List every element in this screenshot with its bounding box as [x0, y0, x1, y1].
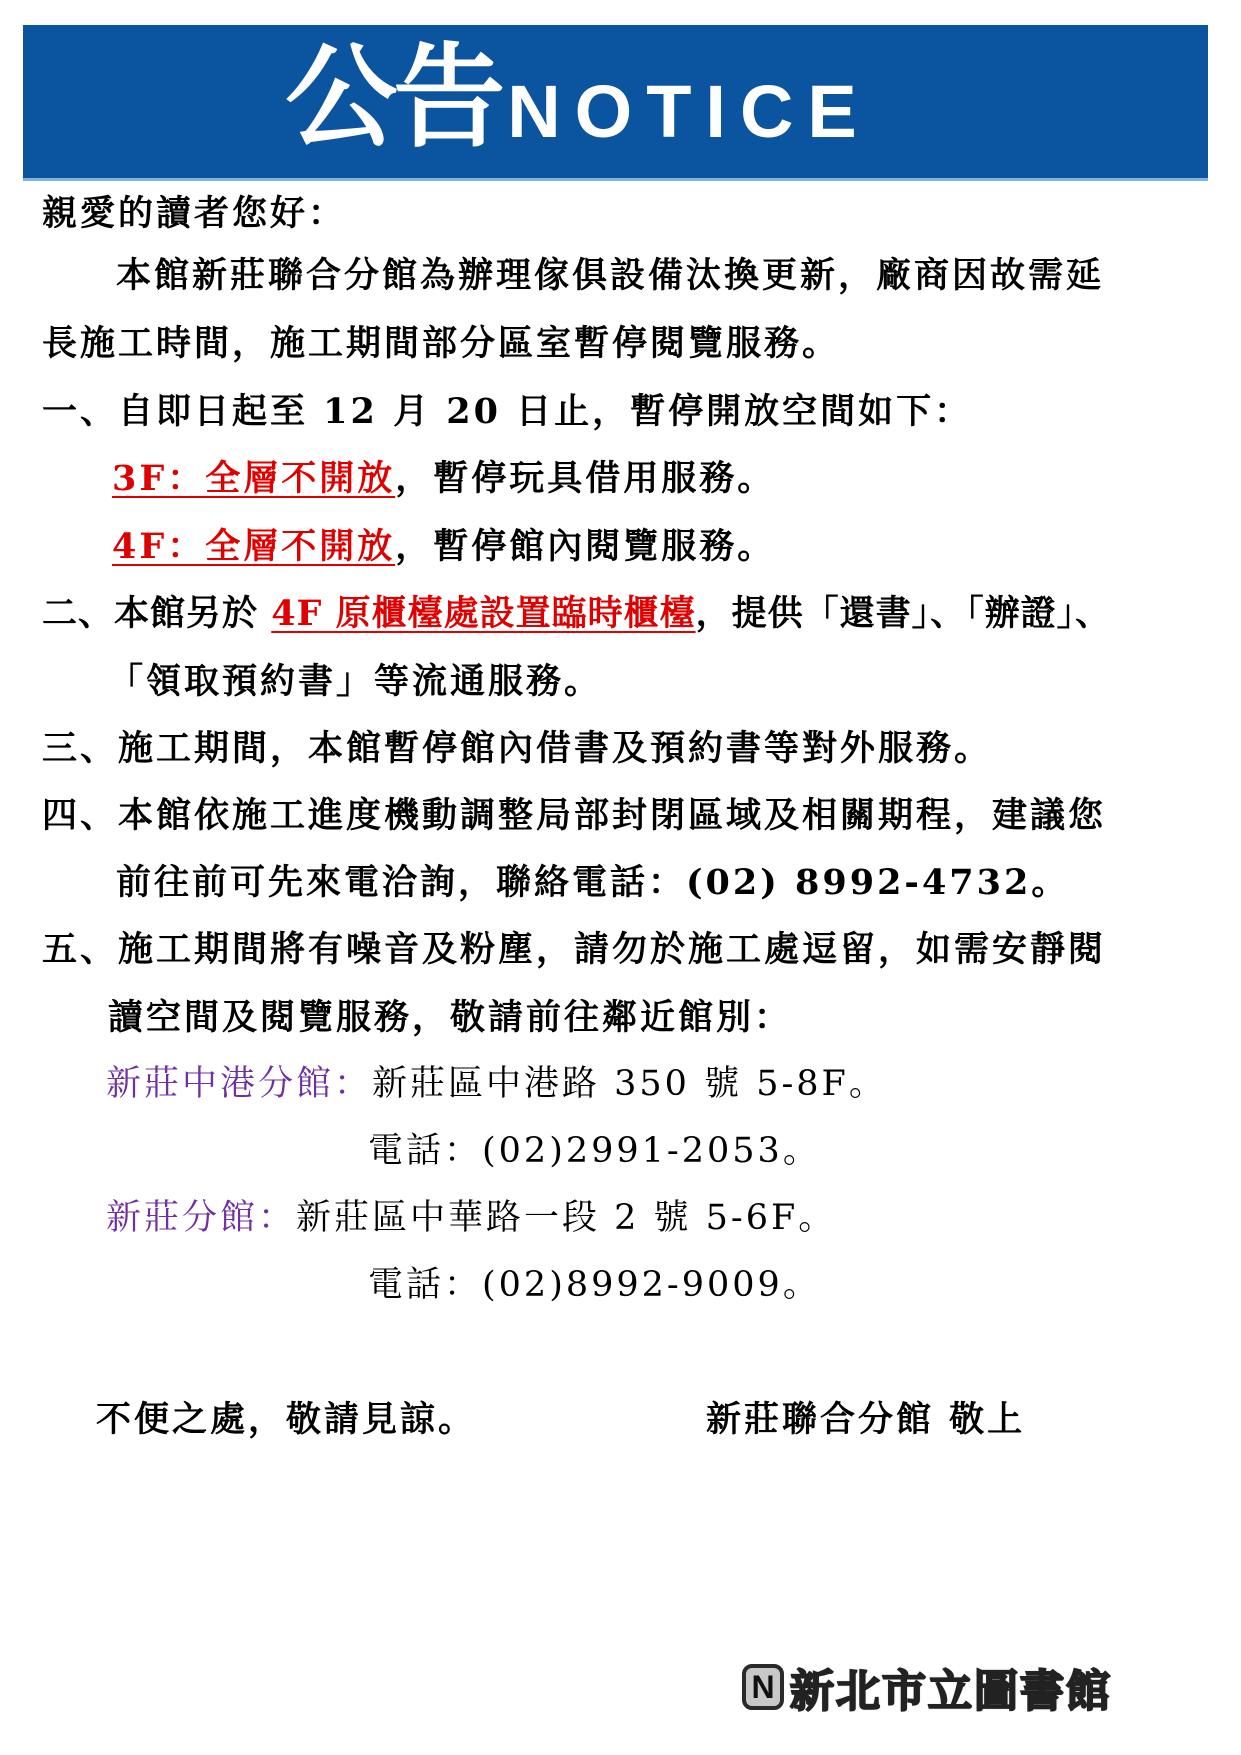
- item-one-sub-4f: 4F：全層不開放，暫停館內閱覽服務。: [112, 529, 775, 564]
- branch-zhonggang: 新莊中港分館：新莊區中港路 350 號 5-8F。: [106, 1067, 887, 1102]
- branch-xinzhuang-phone: 電話：(02)8992-9009。: [368, 1268, 821, 1303]
- item-four-line-2: 前往前可先來電洽詢，聯絡電話：(02) 8992-4732。: [116, 865, 1069, 900]
- branch-xinzhuang: 新莊分館：新莊區中華路一段 2 號 5-6F。: [106, 1201, 836, 1236]
- item-two-line-1: 二、本館另於 4F 原櫃檯處設置臨時櫃檯，提供「還書」、「辦證」、: [42, 596, 1111, 631]
- banner-title-en: NOTICE: [507, 75, 871, 149]
- notice-banner: 公告 NOTICE: [23, 25, 1208, 181]
- item-one-text: 一、自即日起至 12 月 20 日止，暫停開放空間如下：: [42, 394, 972, 429]
- library-logo-text: 新北市立圖書館: [790, 1655, 1112, 1719]
- closure-4f-highlight: 4F：全層不開放: [112, 526, 395, 567]
- closing-apology: 不便之處，敬請見諒。: [96, 1402, 476, 1437]
- library-n-icon: N: [742, 1664, 784, 1710]
- item-one-sub-3f: 3F：全層不開放，暫停玩具借用服務。: [112, 461, 775, 496]
- item-two-rest: ，提供「還書」、「辦證」、: [696, 593, 1112, 634]
- temp-counter-highlight: 4F 原櫃檯處設置臨時櫃檯: [271, 593, 695, 634]
- item-four-line-1: 四、本館依施工進度機動調整局部封閉區域及相關期程，建議您: [42, 798, 1106, 833]
- branch-zhonggang-phone: 電話：(02)2991-2053。: [368, 1134, 821, 1169]
- item-two-prefix: 二、本館另於: [42, 593, 271, 634]
- library-logo: N 新北市立圖書館: [742, 1655, 1112, 1719]
- closure-3f-detail: ，暫停玩具借用服務。: [395, 458, 775, 499]
- intro-line-2: 長施工時間，施工期間部分區室暫停閱覽服務。: [42, 326, 840, 361]
- closure-4f-detail: ，暫停館內閱覽服務。: [395, 526, 775, 567]
- branch-zhonggang-address: 新莊區中港路 350 號 5-8F。: [372, 1064, 887, 1104]
- item-five-line-1: 五、施工期間將有噪音及粉塵，請勿於施工處逗留，如需安靜閱: [42, 932, 1106, 967]
- branch-xinzhuang-address: 新莊區中華路一段 2 號 5-6F。: [296, 1198, 836, 1238]
- closing-signature: 新莊聯合分館 敬上: [706, 1402, 1025, 1437]
- item-two-line-2: 「領取預約書」等流通服務。: [108, 664, 602, 699]
- closure-3f-highlight: 3F：全層不開放: [112, 458, 395, 499]
- branch-zhonggang-name: 新莊中港分館：: [106, 1064, 372, 1104]
- banner-title-zh: 公告: [285, 42, 501, 154]
- branch-xinzhuang-name: 新莊分館：: [106, 1198, 296, 1238]
- greeting: 親愛的讀者您好：: [42, 196, 346, 231]
- item-three-text: 三、施工期間，本館暫停館內借書及預約書等對外服務。: [42, 731, 992, 766]
- item-five-line-2: 讀空間及閱覽服務，敬請前往鄰近館別：: [108, 1000, 792, 1035]
- intro-line-1: 本館新莊聯合分館為辦理傢俱設備汰換更新，廠商因故需延: [116, 258, 1104, 293]
